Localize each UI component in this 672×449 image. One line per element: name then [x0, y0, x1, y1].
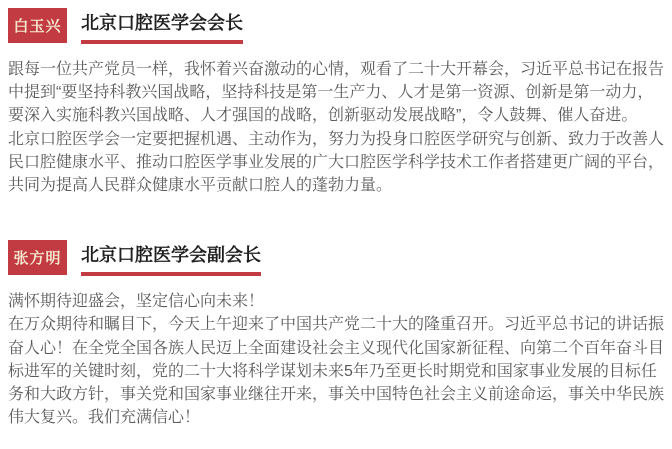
paragraph: 北京口腔医学会一定要把握机遇、主动作为，努力为投身口腔医学研究与创新、致力于改善… — [8, 128, 664, 198]
paragraph: 跟每一位共产党员一样，我怀着兴奋激动的心情，观看了二十大开幕会，习近平总书记在报… — [8, 58, 664, 128]
author-name-badge: 张方明 — [8, 240, 67, 275]
author-name-badge: 白玉兴 — [8, 8, 67, 43]
paragraph: 在万众期待和瞩目下，今天上午迎来了中国共产党二十大的隆重召开。习近平总书记的讲话… — [8, 313, 664, 429]
section-header: 张方明 北京口腔医学会副会长 — [8, 240, 664, 276]
section-title: 北京口腔医学会副会长 — [81, 246, 261, 276]
section-chairman: 白玉兴 北京口腔医学会会长 跟每一位共产党员一样，我怀着兴奋激动的心情，观看了二… — [8, 8, 664, 197]
section-title-wrap: 北京口腔医学会副会长 — [81, 246, 261, 276]
section-vice-chairman: 张方明 北京口腔医学会副会长 满怀期待迎盛会，坚定信心向未来！ 在万众期待和瞩目… — [8, 240, 664, 429]
section-body: 跟每一位共产党员一样，我怀着兴奋激动的心情，观看了二十大开幕会，习近平总书记在报… — [8, 58, 664, 197]
article-page: 白玉兴 北京口腔医学会会长 跟每一位共产党员一样，我怀着兴奋激动的心情，观看了二… — [0, 0, 672, 449]
section-title-wrap: 北京口腔医学会会长 — [81, 14, 243, 44]
paragraph: 满怀期待迎盛会，坚定信心向未来！ — [8, 290, 664, 313]
section-header: 白玉兴 北京口腔医学会会长 — [8, 8, 664, 44]
section-body: 满怀期待迎盛会，坚定信心向未来！ 在万众期待和瞩目下，今天上午迎来了中国共产党二… — [8, 290, 664, 429]
section-title: 北京口腔医学会会长 — [81, 14, 243, 44]
